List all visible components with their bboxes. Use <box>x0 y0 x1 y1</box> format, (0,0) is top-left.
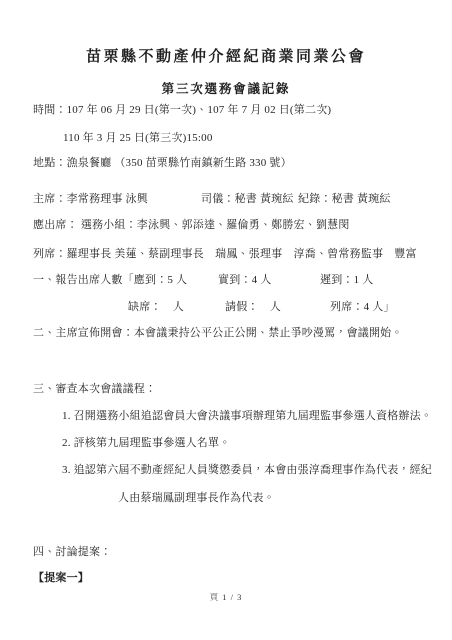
line-agenda-item-3-continued: 人由蔡瑞鳳副理事長作為代表。 <box>118 491 275 505</box>
line-opening-announcement: 二、主席宣佈開會：本會議秉持公平公正公開、禁止爭吵漫罵，會議開始。 <box>33 326 403 340</box>
attendance-expected: 一、報告出席人數「應到：5 人 <box>33 273 187 287</box>
line-discussion-header: 四、討論提案： <box>33 545 111 559</box>
attendance-absent: 缺席： 人 <box>128 300 184 314</box>
line-meeting-time-1: 時間：107 年 06 月 29 日(第一次)、107 年 7 月 02 日(第… <box>33 103 331 117</box>
line-proposal-1-header: 【提案一】 <box>33 571 89 585</box>
recorder-label: 紀錄：秘書 黃琬紜 <box>298 192 391 206</box>
attendance-late: 遲到：1 人 <box>320 273 373 287</box>
line-agenda-header: 三、審查本次會議議程： <box>33 382 156 396</box>
line-meeting-time-2: 110 年 3 月 25 日(第三次)15:00 <box>63 131 213 145</box>
page-number-indicator: 頁 1 / 3 <box>0 591 452 603</box>
chairperson-label: 主席：李常務理事 泳興 <box>33 192 148 206</box>
attendance-leave: 請假： 人 <box>225 300 281 314</box>
mc-label: 司儀：秘書 黃琬紜 <box>201 192 294 206</box>
line-agenda-item-2: 2. 評核第九屆理監事參選人名單。 <box>62 436 230 450</box>
line-expected-attendees: 應出席： 選務小組：李泳興、郭添達、羅倫勇、鄭勝宏、劉慧閔 <box>33 218 350 232</box>
line-agenda-item-1: 1. 召開選務小組追認會員大會決議事項辦理第九屆理監事參選人資格辦法。 <box>62 409 432 423</box>
line-agenda-item-3: 3. 追認第六屆不動產經紀人員獎懲委員，本會由張淳喬理事作為代表，經紀 <box>62 463 432 477</box>
document-title: 苗栗縣不動產仲介經紀商業同業公會 <box>0 45 452 66</box>
document-subtitle: 第三次選務會議記錄 <box>0 79 452 97</box>
line-observers: 列席：羅理事長 美蓮、蔡副理事長 瑞鳳、張理事 淳喬、曾常務監事 豐富 <box>33 247 417 261</box>
line-attendance-count-2: 缺席： 人 請假： 人 列席：4 人」 <box>33 300 433 314</box>
line-meeting-location: 地點：漁泉餐廳 （350 苗栗縣竹南鎮新生路 330 號） <box>33 156 292 170</box>
line-meeting-officials: 主席：李常務理事 泳興 司儀：秘書 黃琬紜 紀錄：秘書 黃琬紜 <box>33 192 433 206</box>
meeting-minutes-document: 苗栗縣不動產仲介經紀商業同業公會 第三次選務會議記錄 時間：107 年 06 月… <box>0 0 452 640</box>
attendance-actual: 實到：4 人 <box>218 273 271 287</box>
line-attendance-count-1: 一、報告出席人數「應到：5 人 實到：4 人 遲到：1 人 <box>33 273 433 287</box>
attendance-present: 列席：4 人」 <box>330 300 395 314</box>
